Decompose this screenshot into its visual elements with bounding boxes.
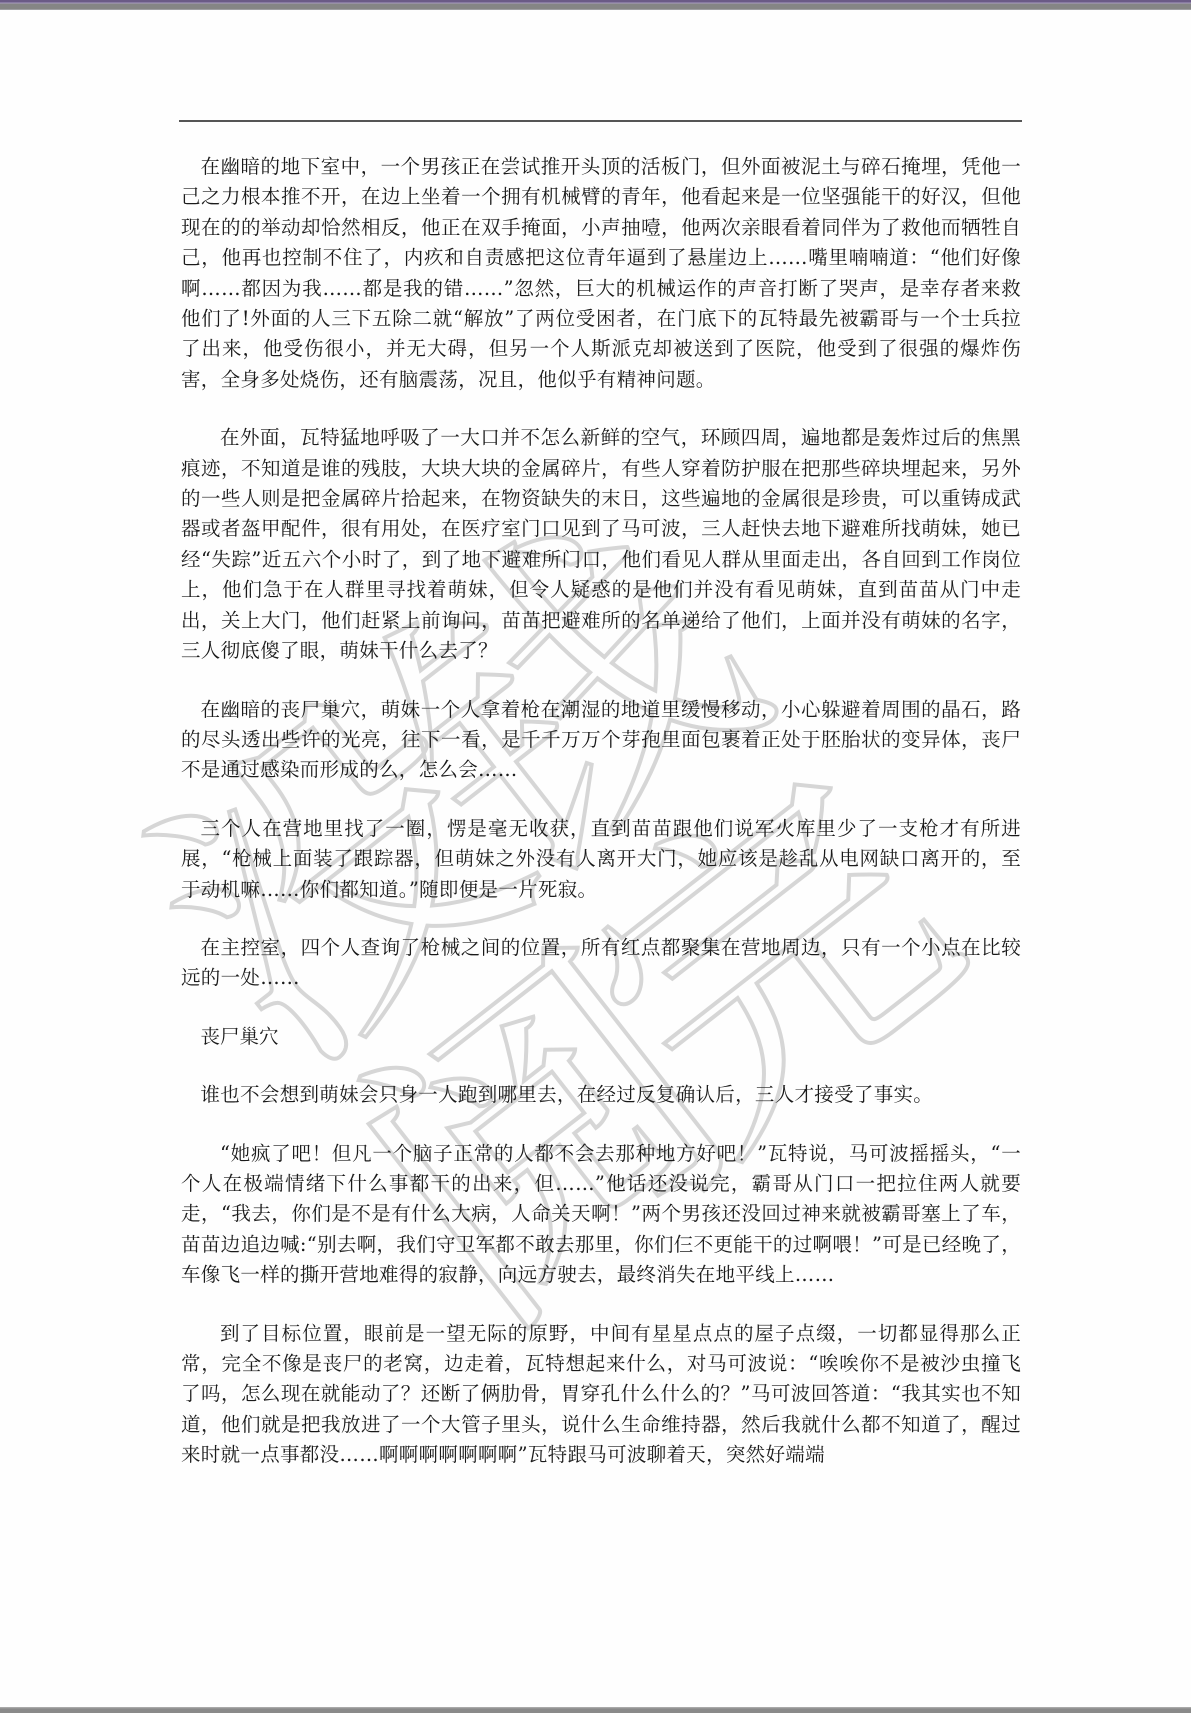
- header-rule: [179, 120, 1022, 122]
- paragraph-4: 三个人在营地里找了一圈，愣是毫无收获，直到苗苗跟他们说军火库里少了一支枪才有所进…: [181, 814, 1021, 905]
- paragraph-8: 到了目标位置，眼前是一望无际的原野，中间有星星点点的屋子点缀，一切都显得那么正常…: [181, 1319, 1021, 1471]
- paragraph-5: 在主控室，四个人查询了枪械之间的位置，所有红点都聚集在营地周边，只有一个小点在比…: [181, 933, 1021, 994]
- paragraph-1: 在幽暗的地下室中，一个男孩正在尝试推开头顶的活板门，但外面被泥土与碎石掩埋，凭他…: [181, 152, 1021, 395]
- paragraph-3: 在幽暗的丧尸巢穴，萌妹一个人拿着枪在潮湿的地道里缓慢移动，小心躲避着周围的晶石，…: [181, 695, 1021, 786]
- paragraph-2: 在外面，瓦特猛地呼吸了一大口并不怎么新鲜的空气，环顾四周，遍地都是轰炸过后的焦黑…: [181, 423, 1021, 666]
- paragraph-7: “她疯了吧！但凡一个脑子正常的人都不会去那种地方好吧！”瓦特说，马可波摇摇头，“…: [181, 1139, 1021, 1291]
- bottom-border-band: [0, 1707, 1191, 1713]
- top-border-band: [0, 0, 1191, 10]
- paragraph-6: 谁也不会想到萌妹会只身一人跑到哪里去，在经过反复确认后，三人才接受了事实。: [181, 1080, 1021, 1110]
- section-heading: 丧尸巢穴: [181, 1022, 1021, 1052]
- document-body: 在幽暗的地下室中，一个男孩正在尝试推开头顶的活板门，但外面被泥土与碎石掩埋，凭他…: [181, 152, 1021, 1499]
